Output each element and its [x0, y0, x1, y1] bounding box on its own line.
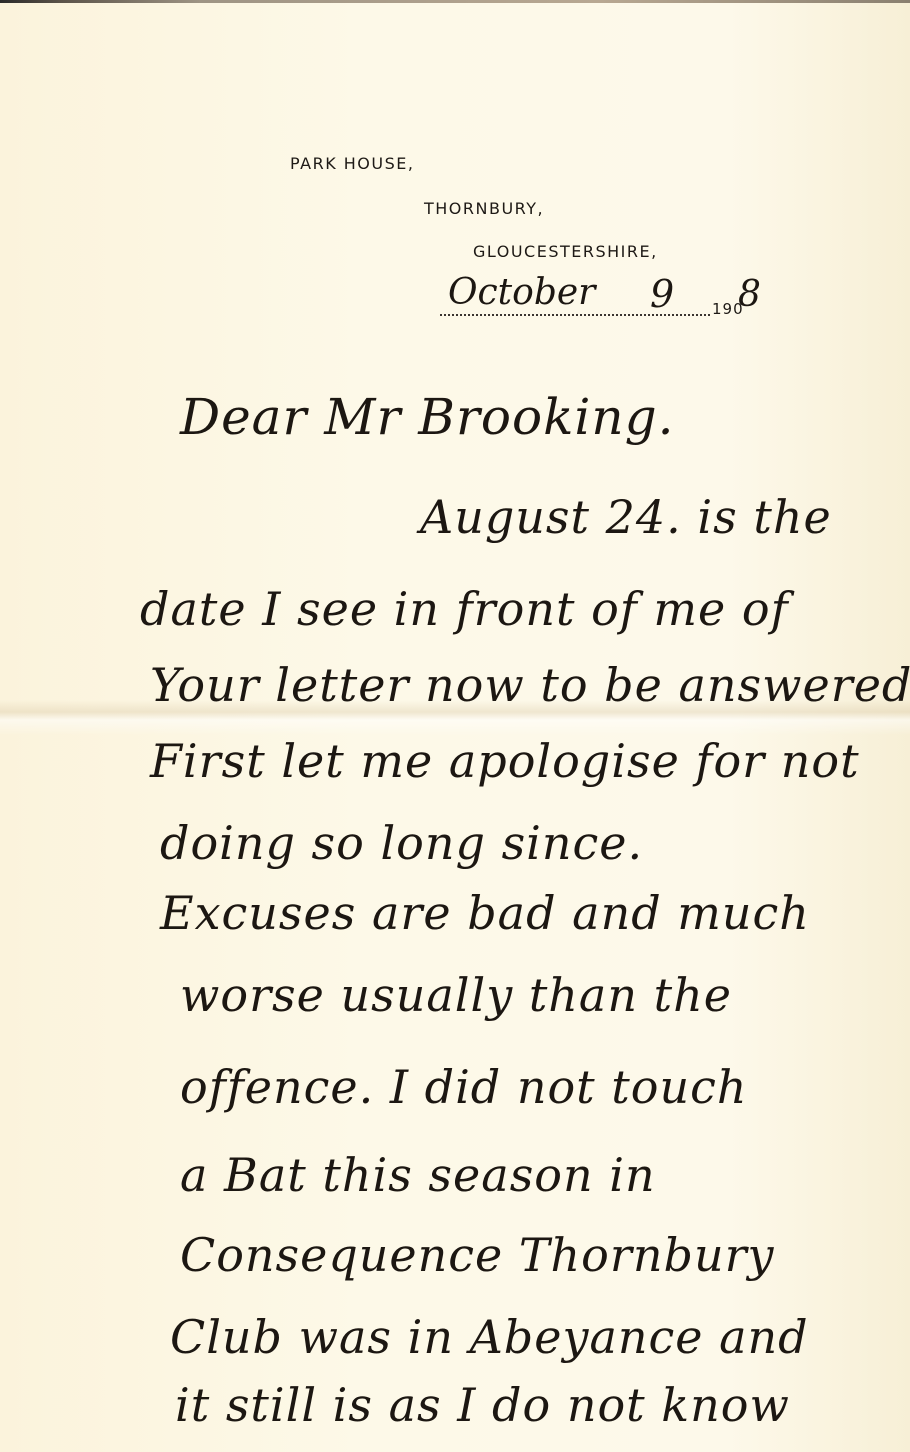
- letter-line-6: Excuses are bad and much: [160, 886, 810, 940]
- date-line: October 9 190 8: [440, 270, 790, 320]
- letter-line-4: First let me apologise for not: [150, 734, 860, 788]
- letterhead-house: PARK HOUSE,: [290, 154, 414, 173]
- paper-top-edge: [0, 0, 910, 3]
- letter-line-5: doing so long since.: [160, 816, 643, 870]
- letter-line-7: worse usually than the: [180, 968, 732, 1022]
- date-month: October: [448, 272, 595, 313]
- letter-line-8: offence. I did not touch: [180, 1060, 747, 1114]
- letterhead-county: GLOUCESTERSHIRE,: [473, 242, 658, 261]
- letter-line-3: Your letter now to be answered: [150, 658, 910, 712]
- date-year-suffix: 8: [738, 274, 761, 315]
- letter-line-11: Club was in Abeyance and: [170, 1310, 809, 1364]
- letter-line-1: August 24. is the: [420, 490, 832, 544]
- salutation: Dear Mr Brooking.: [180, 388, 675, 446]
- letter-line-10: Consequence Thornbury: [180, 1228, 775, 1282]
- letter-line-12: it still is as I do not know: [175, 1378, 790, 1432]
- letter-line-2: date I see in front of me of: [140, 582, 789, 636]
- letter-line-9: a Bat this season in: [180, 1148, 656, 1202]
- date-day: 9: [650, 272, 674, 316]
- letterhead-town: THORNBURY,: [424, 199, 544, 218]
